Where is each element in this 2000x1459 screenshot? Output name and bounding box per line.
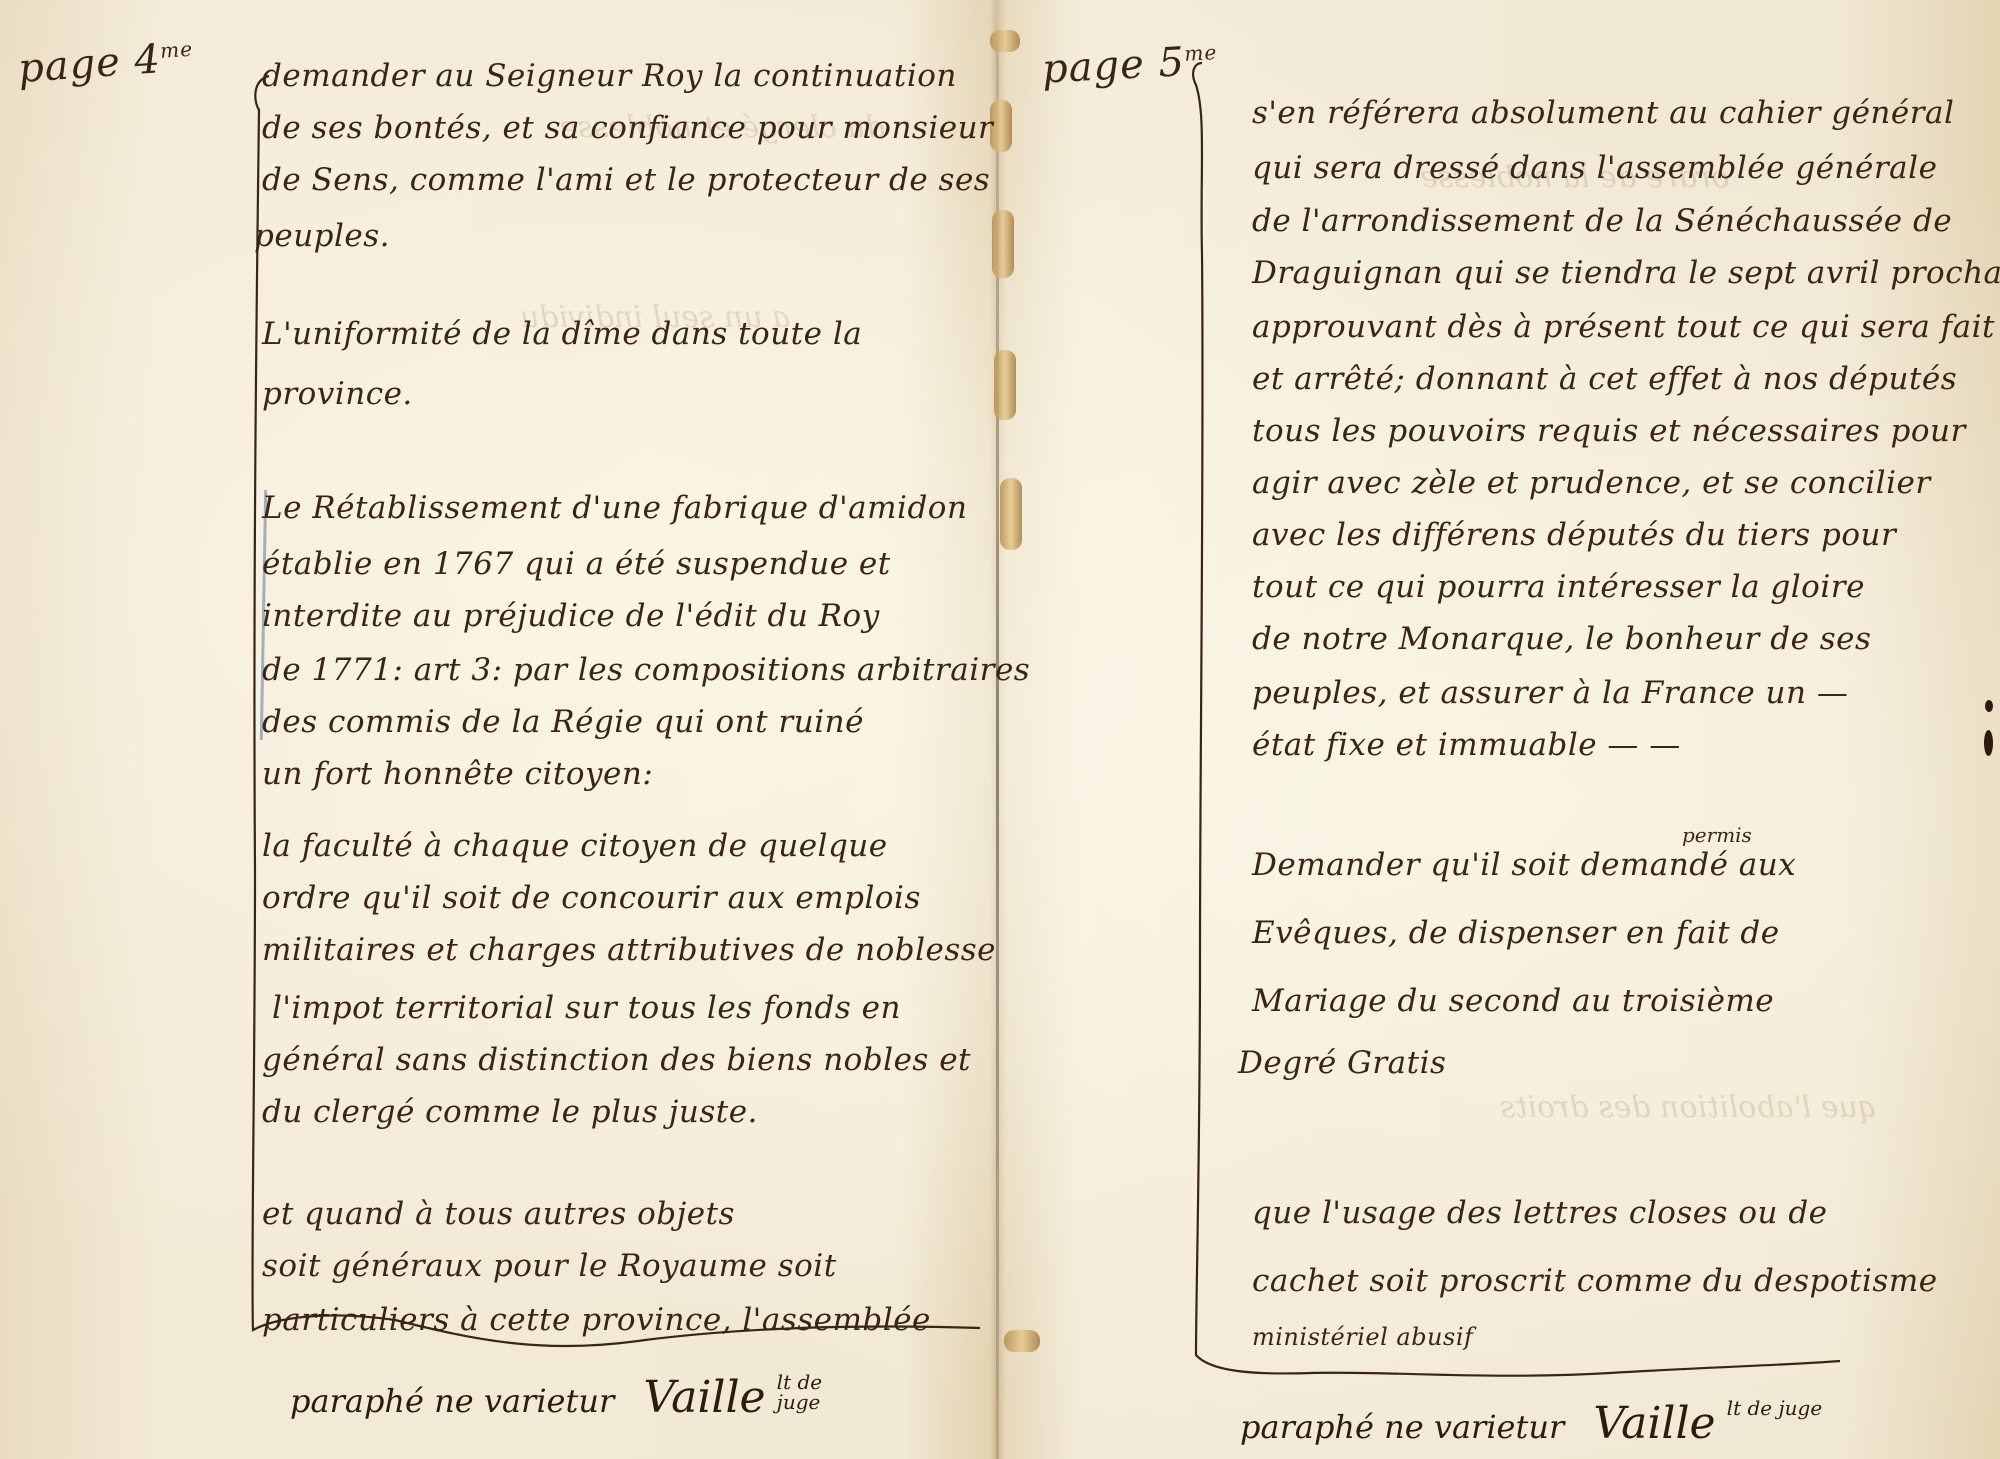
text-line: de 1771: art 3: par les compositions arb… (262, 652, 1030, 688)
signature-block: paraphé ne varietur Vaille lt de juge (1240, 1398, 1822, 1449)
text-line: tout ce qui pourra intéresser la gloire (1252, 569, 1865, 605)
text-line: Le Rétablissement d'une fabrique d'amido… (262, 490, 967, 526)
text-line: province. (262, 376, 413, 412)
text-line: tous les pouvoirs requis et nécessaires … (1252, 413, 1966, 449)
text-line: établie en 1767 qui a été suspendue et (262, 546, 891, 582)
signature-name: Vaille (643, 1372, 765, 1423)
text-line: Mariage du second au troisième (1252, 983, 1774, 1019)
interlinear-insertion: permis (1682, 823, 1752, 847)
signature-name: Vaille (1593, 1398, 1715, 1449)
text-line: des commis de la Régie qui ont ruiné (262, 704, 864, 740)
text-line: et arrêté; donnant à cet effet à nos dép… (1252, 361, 1957, 397)
text-line: approuvant dès à présent tout ce qui ser… (1252, 309, 1995, 345)
signature-title: lt de juge (1727, 1398, 1823, 1418)
text-line: L'uniformité de la dîme dans toute la (262, 316, 862, 352)
text-line: général sans distinction des biens noble… (262, 1042, 971, 1078)
text-line: soit généraux pour le Royaume soit (262, 1248, 837, 1284)
text-line: de notre Monarque, le bonheur de ses (1252, 621, 1871, 657)
text-line: qui sera dressé dans l'assemblée général… (1252, 150, 1937, 186)
text-line: ordre qu'il soit de concourir aux emploi… (262, 880, 921, 916)
paraphe-text: paraphé ne varietur (1240, 1408, 1564, 1446)
text-line: ministériel abusif (1252, 1323, 1473, 1351)
text-line: militaires et charges attributives de no… (262, 932, 996, 968)
text-line: s'en référera absolument au cahier génér… (1252, 95, 1954, 131)
page-number-label: page 5me (1041, 37, 1219, 92)
text-line: de Sens, comme l'ami et le protecteur de… (262, 162, 990, 198)
text-line: agir avec zèle et prudence, et se concil… (1252, 465, 1931, 501)
text-line: Draguignan qui se tiendra le sept avril … (1252, 255, 2000, 291)
text-line: état fixe et immuable — — (1252, 727, 1681, 763)
text-line: du clergé comme le plus juste. (262, 1094, 758, 1130)
text-line: de l'arrondissement de la Sénéchaussée d… (1252, 203, 1952, 239)
text-line: particuliers à cette province, l'assembl… (262, 1302, 931, 1338)
text-line: demander au Seigneur Roy la continuation (262, 58, 957, 94)
text-line: peuples, et assurer à la France un — (1252, 675, 1848, 711)
right-page: page 5me s'en référera absolument au cah… (1000, 0, 2000, 1459)
manuscript-spread: du clergé et noblesse a un seul individu… (0, 0, 2000, 1459)
text-line: que l'usage des lettres closes ou de (1252, 1195, 1828, 1231)
text-line: peuples. (254, 218, 390, 254)
text-line: de ses bontés, et sa confiance pour mons… (262, 110, 993, 146)
text-line: et quand à tous autres objets (262, 1196, 735, 1232)
text-line: cachet soit proscrit comme du despotisme (1252, 1263, 1938, 1299)
text-line: Demander qu'il soit demandé aux (1252, 847, 1796, 883)
text-line: un fort honnête citoyen: (262, 756, 653, 792)
text-line: l'impot territorial sur tous les fonds e… (272, 990, 901, 1026)
text-line: Degré Gratis (1238, 1045, 1446, 1081)
signature-block: paraphé ne varietur Vaille lt de juge (290, 1372, 822, 1423)
text-line: Evêques, de dispenser en fait de (1252, 915, 1780, 951)
paraphe-text: paraphé ne varietur (290, 1382, 614, 1420)
text-line: interdite au préjudice de l'édit du Roy (262, 598, 880, 634)
left-page: page 4me demander au Seigneur Roy la con… (0, 0, 995, 1459)
text-line: avec les différens députés du tiers pour (1252, 517, 1896, 553)
page-number-label: page 4me (17, 34, 195, 92)
text-line: la faculté à chaque citoyen de quelque (262, 828, 888, 864)
signature-title: lt de juge (777, 1372, 822, 1412)
